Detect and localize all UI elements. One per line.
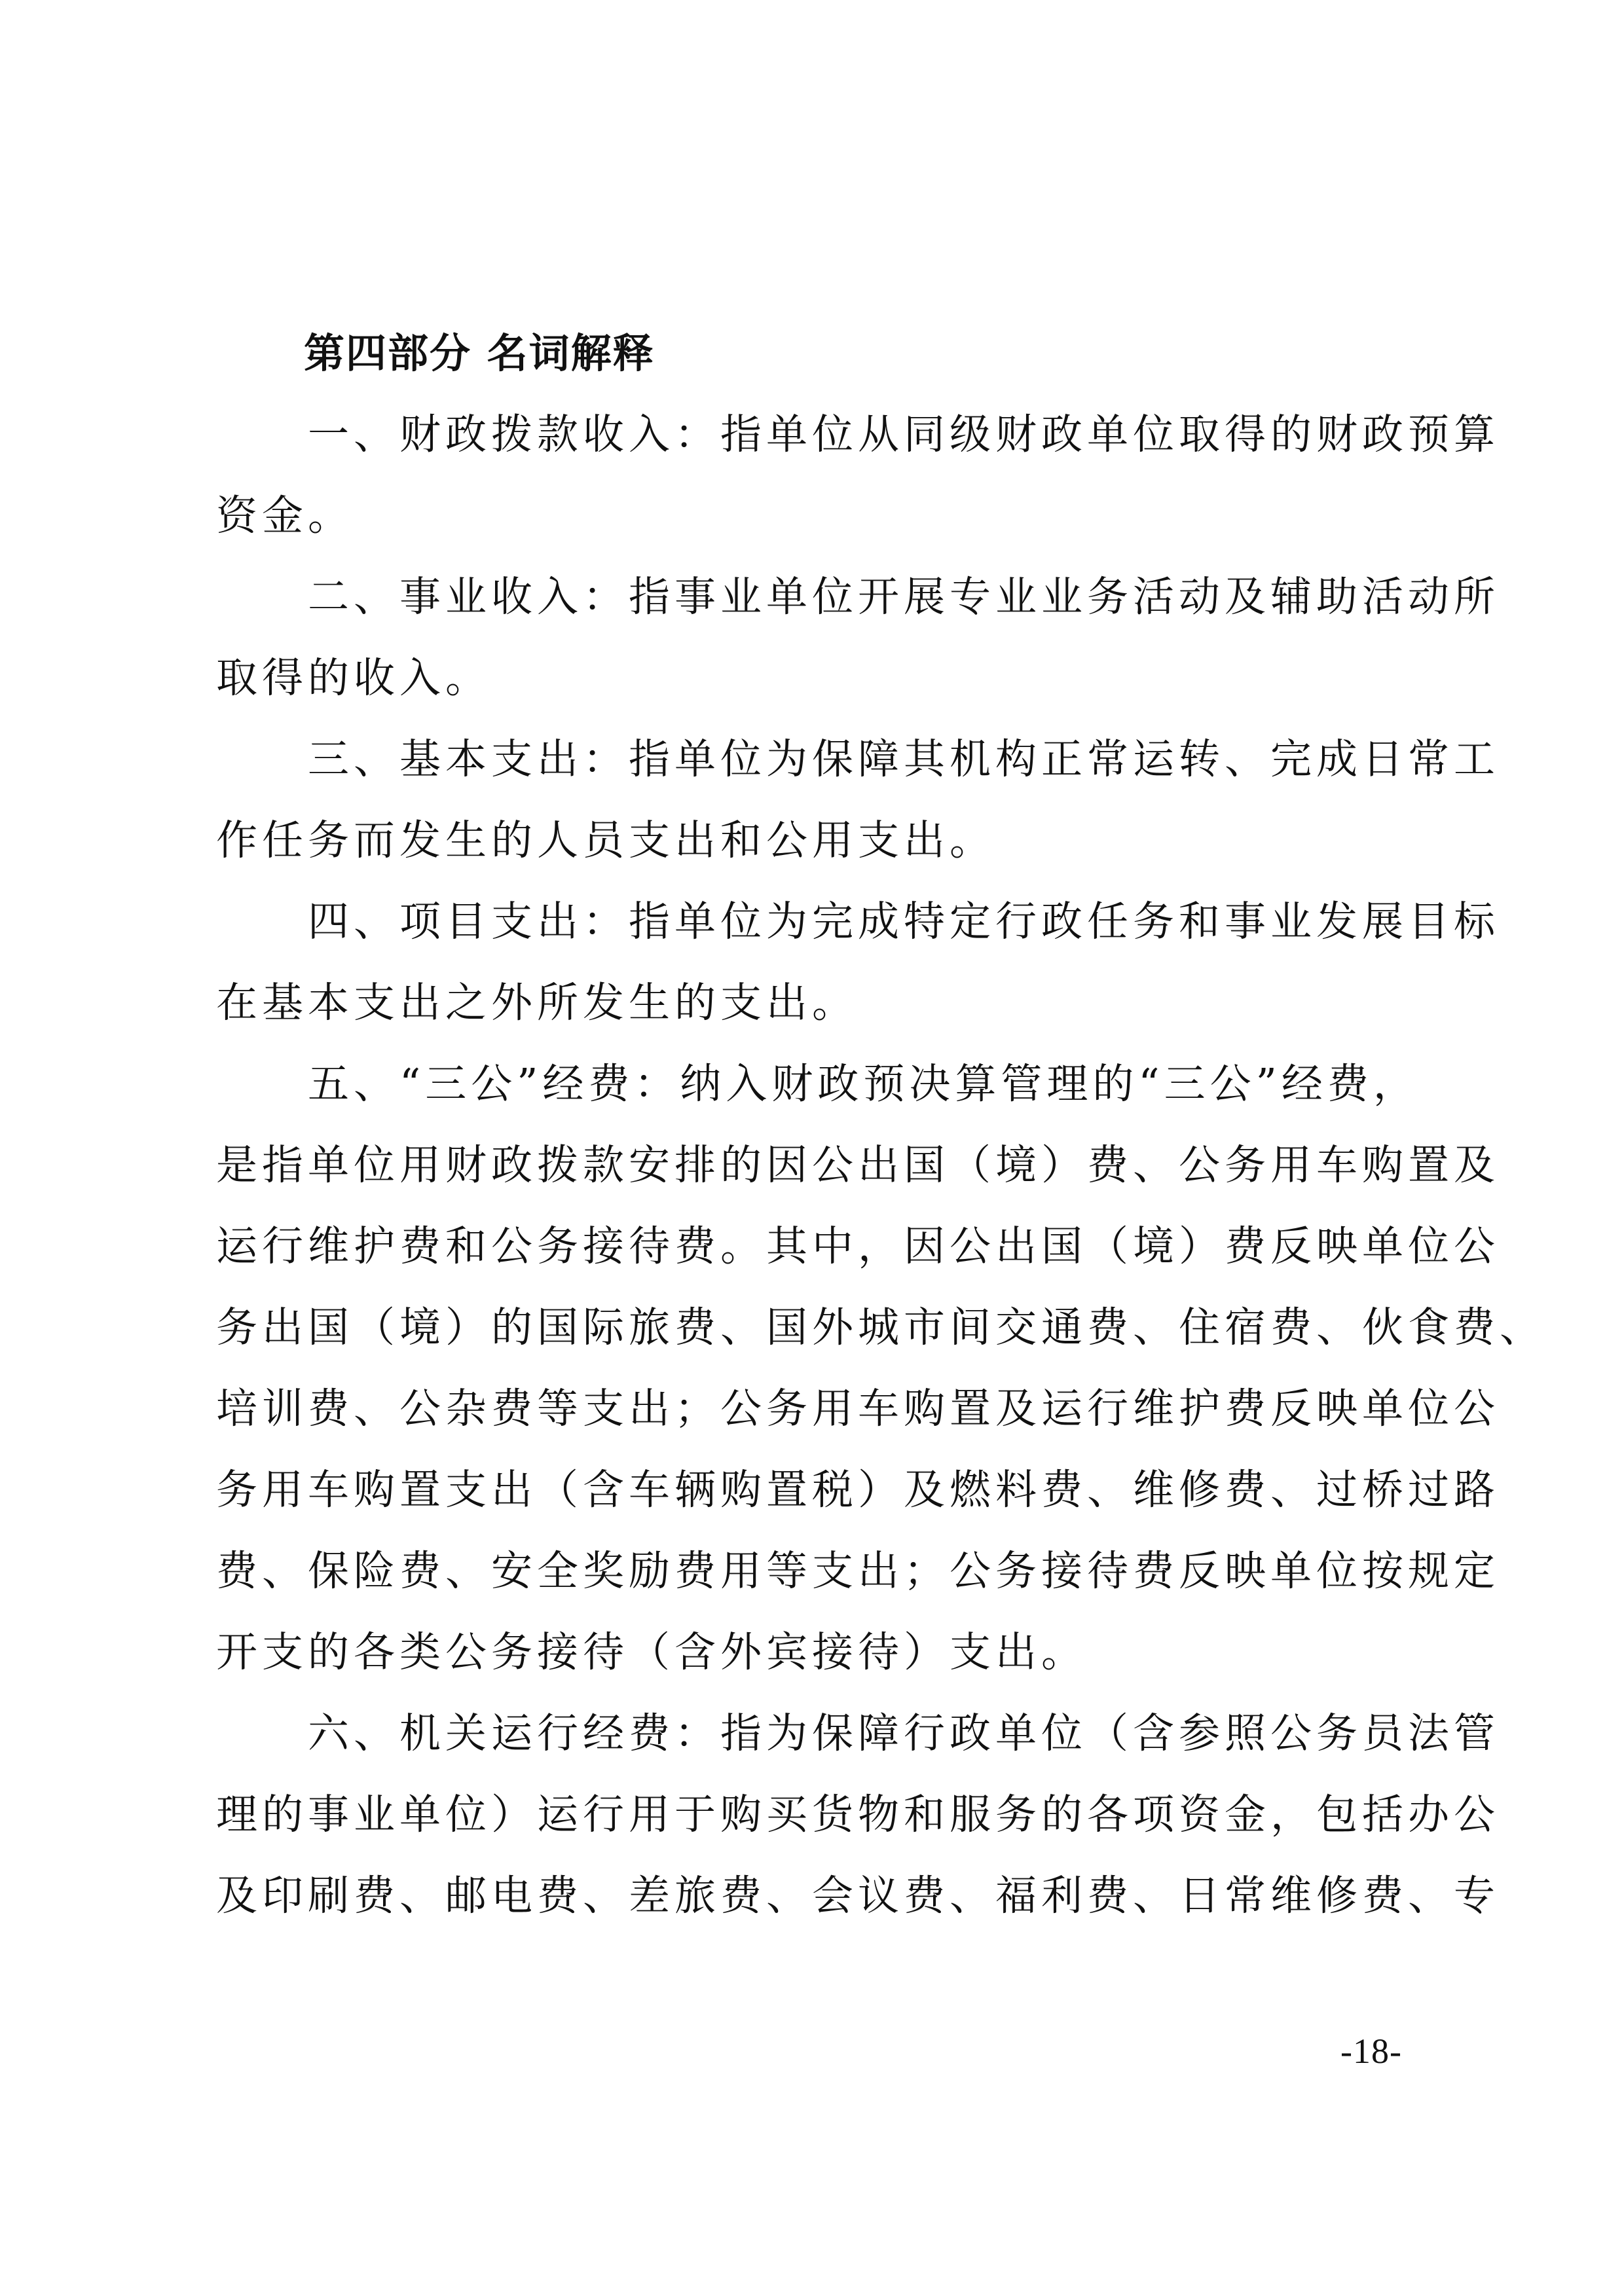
paragraph-line: 务出国（境）的国际旅费、国外城市间交通费、住宿费、伙食费、 — [216, 1287, 1412, 1368]
definition-term: 一、财政拨款收入： — [308, 410, 720, 458]
paragraph-line: 开支的各类公务接待（含外宾接待）支出。 — [216, 1612, 1412, 1693]
definition-text: 指单位从同级财政单位取得的财政预算 — [720, 410, 1500, 458]
paragraph-line: 培训费、公杂费等支出；公务用车购置及运行维护费反映单位公 — [216, 1368, 1412, 1449]
paragraph-line: 作任务而发生的人员支出和公用支出。 — [216, 800, 1412, 881]
paragraph-line: 及印刷费、邮电费、差旅费、会议费、福利费、日常维修费、专 — [216, 1855, 1412, 1937]
definition-term: 二、事业收入： — [308, 573, 629, 621]
paragraph-line: 二、事业收入：指事业单位开展专业业务活动及辅助活动所 — [216, 556, 1412, 638]
definition-paragraph: 三、基本支出：指单位为保障其机构正常运转、完成日常工 作任务而发生的人员支出和公… — [216, 719, 1412, 881]
definition-term: 六、机关运行经费： — [308, 1709, 720, 1757]
definition-text: 纳入财政预决算管理的“三公”经费， — [680, 1060, 1418, 1108]
paragraph-line: 六、机关运行经费：指为保障行政单位（含参照公务员法管 — [216, 1693, 1412, 1774]
definition-paragraph: 五、“三公”经费：纳入财政预决算管理的“三公”经费， 是指单位用财政拨款安排的因… — [216, 1044, 1412, 1693]
paragraph-line: 一、财政拨款收入：指单位从同级财政单位取得的财政预算 — [216, 394, 1412, 475]
paragraph-line: 取得的收入。 — [216, 638, 1412, 719]
definition-text: 指事业单位开展专业业务活动及辅助活动所 — [629, 573, 1500, 621]
definition-text: 指单位为保障其机构正常运转、完成日常工 — [629, 735, 1500, 783]
definition-text: 指为保障行政单位（含参照公务员法管 — [720, 1709, 1500, 1757]
document-page: 第四部分 名词解释 一、财政拨款收入：指单位从同级财政单位取得的财政预算 资金。… — [216, 313, 1412, 1937]
paragraph-line: 四、项目支出：指单位为完成特定行政任务和事业发展目标 — [216, 881, 1412, 962]
definition-paragraph: 四、项目支出：指单位为完成特定行政任务和事业发展目标 在基本支出之外所发生的支出… — [216, 881, 1412, 1044]
paragraph-line: 运行维护费和公务接待费。其中，因公出国（境）费反映单位公 — [216, 1206, 1412, 1287]
definition-text: 指单位为完成特定行政任务和事业发展目标 — [629, 898, 1500, 945]
definition-term: 四、项目支出： — [308, 898, 629, 945]
paragraph-line: 费、保险费、安全奖励费用等支出；公务接待费反映单位按规定 — [216, 1531, 1412, 1612]
paragraph-line: 在基本支出之外所发生的支出。 — [216, 962, 1412, 1044]
paragraph-line: 三、基本支出：指单位为保障其机构正常运转、完成日常工 — [216, 719, 1412, 800]
paragraph-line: 务用车购置支出（含车辆购置税）及燃料费、维修费、过桥过路 — [216, 1449, 1412, 1531]
definition-term: 五、“三公”经费： — [308, 1060, 680, 1108]
page-number: -18- — [1340, 2028, 1402, 2074]
paragraph-line: 理的事业单位）运行用于购买货物和服务的各项资金，包括办公 — [216, 1774, 1412, 1855]
definition-paragraph: 一、财政拨款收入：指单位从同级财政单位取得的财政预算 资金。 — [216, 394, 1412, 556]
paragraph-line: 是指单位用财政拨款安排的因公出国（境）费、公务用车购置及 — [216, 1125, 1412, 1206]
section-title: 第四部分 名词解释 — [216, 313, 1412, 394]
paragraph-line: 资金。 — [216, 475, 1412, 556]
paragraph-line: 五、“三公”经费：纳入财政预决算管理的“三公”经费， — [216, 1044, 1412, 1125]
definition-paragraph: 六、机关运行经费：指为保障行政单位（含参照公务员法管 理的事业单位）运行用于购买… — [216, 1693, 1412, 1937]
definition-term: 三、基本支出： — [308, 735, 629, 783]
definition-paragraph: 二、事业收入：指事业单位开展专业业务活动及辅助活动所 取得的收入。 — [216, 556, 1412, 719]
